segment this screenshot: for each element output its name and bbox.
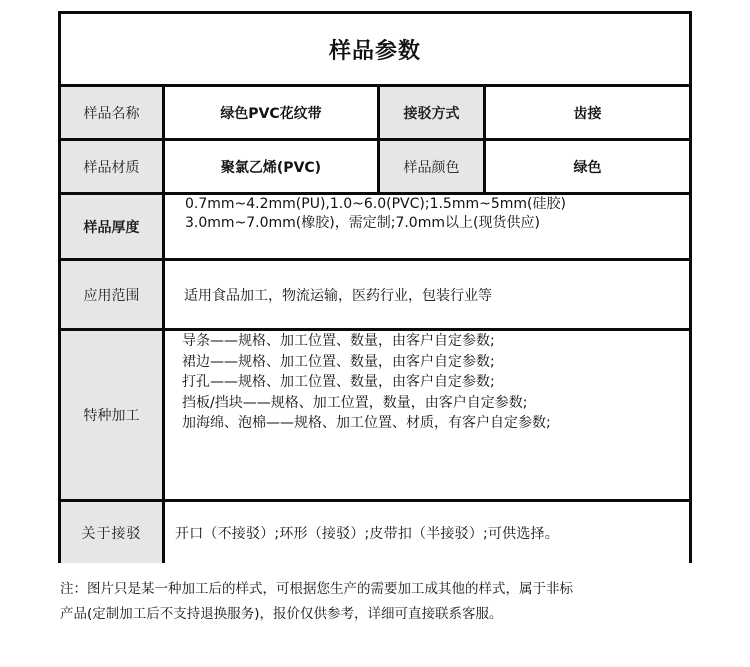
label-special-processing: 特种加工 xyxy=(61,331,162,499)
table-row-name: 样品名称 绿色PVC花纹带 接驳方式 齿接 xyxy=(61,84,689,138)
thickness-line-1: 0.7mm~4.2mm(PU),1.0~6.0(PVC);1.5mm~5mm(硅… xyxy=(185,195,566,214)
value-sample-thickness: 0.7mm~4.2mm(PU),1.0~6.0(PVC);1.5mm~5mm(硅… xyxy=(162,195,689,258)
value-sample-material: 聚氯乙烯(PVC) xyxy=(162,141,377,192)
table-title-row: 样品参数 xyxy=(61,14,689,84)
special-line-4: 挡板/挡块——规格、加工位置，数量，由客户自定参数; xyxy=(182,393,527,414)
label-application-scope: 应用范围 xyxy=(61,261,162,328)
value-sample-name: 绿色PVC花纹带 xyxy=(162,87,377,138)
value-special-processing: 导条——规格、加工位置、数量，由客户自定参数; 裙边——规格、加工位置、数量，由… xyxy=(162,331,689,499)
footnote-line-1: 注：图片只是某一种加工后的样式，可根据您生产的需要加工成其他的样式，属于非标 xyxy=(60,577,700,602)
value-joining-method: 齿接 xyxy=(483,87,689,138)
value-sample-color: 绿色 xyxy=(483,141,689,192)
footnote: 注：图片只是某一种加工后的样式，可根据您生产的需要加工成其他的样式，属于非标 产… xyxy=(60,577,700,627)
special-line-3: 打孔——规格、加工位置、数量，由客户自定参数; xyxy=(182,372,495,393)
table-row-application: 应用范围 适用食品加工，物流运输，医药行业，包装行业等 xyxy=(61,258,689,328)
table-row-material: 样品材质 聚氯乙烯(PVC) 样品颜色 绿色 xyxy=(61,138,689,192)
table-row-special-processing: 特种加工 导条——规格、加工位置、数量，由客户自定参数; 裙边——规格、加工位置… xyxy=(61,328,689,499)
label-sample-color: 样品颜色 xyxy=(377,141,483,192)
sample-parameters-table: 样品参数 样品名称 绿色PVC花纹带 接驳方式 齿接 样品材质 聚氯乙烯(PVC… xyxy=(58,11,692,563)
table-row-thickness: 样品厚度 0.7mm~4.2mm(PU),1.0~6.0(PVC);1.5mm~… xyxy=(61,192,689,258)
footnote-line-2: 产品(定制加工后不支持退换服务)，报价仅供参考，详细可直接联系客服。 xyxy=(60,602,700,627)
label-sample-thickness: 样品厚度 xyxy=(61,195,162,258)
value-application-scope: 适用食品加工，物流运输，医药行业，包装行业等 xyxy=(162,261,689,328)
table-title: 样品参数 xyxy=(61,14,689,84)
thickness-line-2: 3.0mm~7.0mm(橡胶)，需定制;7.0mm以上(现货供应) xyxy=(185,214,540,233)
label-about-joining: 关于接驳 xyxy=(61,502,162,563)
special-line-1: 导条——规格、加工位置、数量，由客户自定参数; xyxy=(182,331,495,352)
label-sample-name: 样品名称 xyxy=(61,87,162,138)
special-line-2: 裙边——规格、加工位置、数量，由客户自定参数; xyxy=(182,352,495,373)
table-row-joining: 关于接驳 开口（不接驳）;环形（接驳）;皮带扣（半接驳）;可供选择。 xyxy=(61,499,689,563)
value-about-joining: 开口（不接驳）;环形（接驳）;皮带扣（半接驳）;可供选择。 xyxy=(162,502,689,563)
label-joining-method: 接驳方式 xyxy=(377,87,483,138)
special-line-5: 加海绵、泡棉——规格、加工位置、材质，有客户自定参数; xyxy=(182,413,551,434)
label-sample-material: 样品材质 xyxy=(61,141,162,192)
